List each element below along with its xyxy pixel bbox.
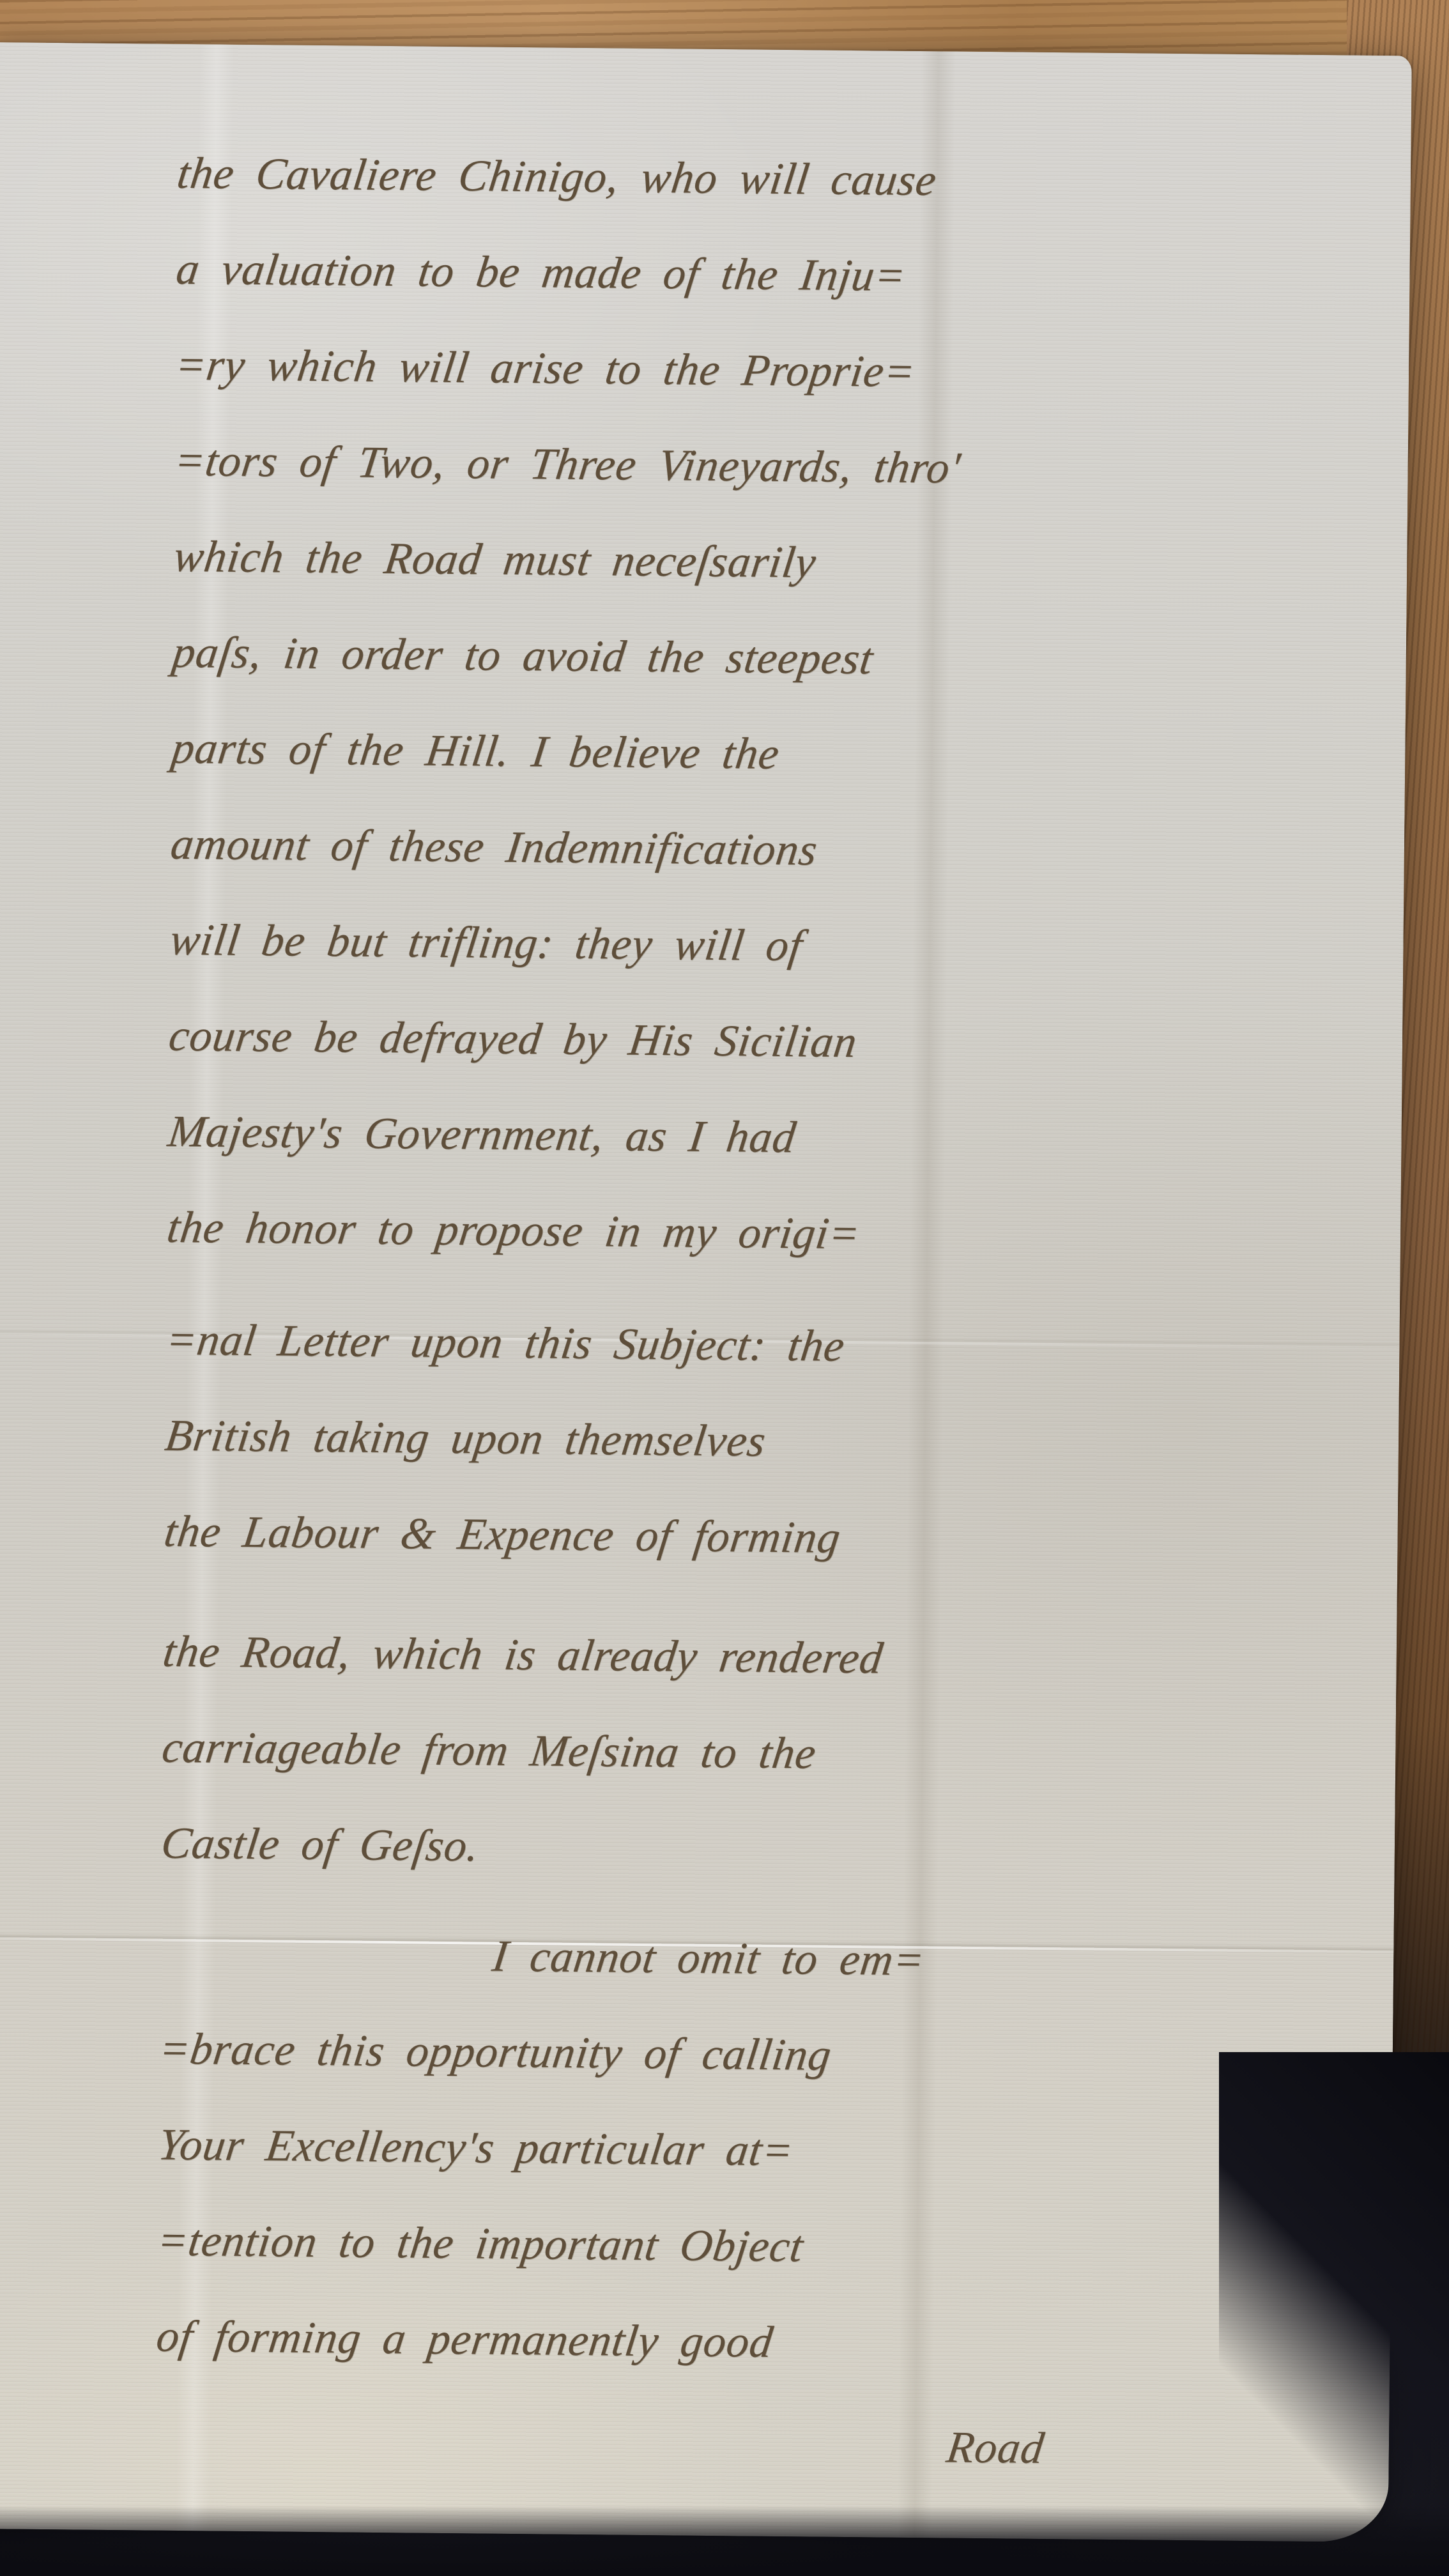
- manuscript-line: I cannot omit to em=: [154, 1906, 1189, 2011]
- catchword: Road: [149, 2393, 1184, 2498]
- manuscript-line: which the Road must neceſsarily: [167, 509, 1202, 615]
- manuscript-line: carriageable from Meſsina to the: [156, 1700, 1191, 1805]
- manuscript-line: a valuation to be made of the Inju=: [171, 222, 1206, 327]
- manuscript-line: paſs, in order to avoid the steepest: [167, 605, 1202, 710]
- manuscript-line: the Road, which is already rendered: [157, 1604, 1192, 1710]
- photo-of-manuscript: the Cavaliere Chinigo, who will causea v…: [0, 0, 1449, 2576]
- manuscript-line: course be defrayed by His Sicilian: [163, 988, 1198, 1094]
- manuscript-line: amount of these Indemnifications: [165, 797, 1200, 902]
- manuscript-line: the honor to propose in my origi=: [161, 1180, 1196, 1285]
- manuscript-line: the Labour & Expence of forming: [158, 1484, 1193, 1590]
- manuscript-line: =tention to the important Object: [151, 2193, 1186, 2299]
- manuscript-line: Your Excellency's particular at=: [152, 2097, 1187, 2203]
- manuscript-line: of forming a permanently good: [151, 2289, 1186, 2395]
- manuscript-line: Majesty's Government, as I had: [162, 1084, 1197, 1190]
- manuscript-line: =ry which will arise to the Proprie=: [169, 318, 1204, 423]
- manuscript-line: =tors of Two, or Three Vineyards, thro': [169, 413, 1204, 519]
- manuscript-text-block: the Cavaliere Chinigo, who will causea v…: [155, 126, 1200, 2498]
- paper-sheet: the Cavaliere Chinigo, who will causea v…: [0, 42, 1412, 2542]
- manuscript-line: Castle of Geſso.: [155, 1796, 1190, 1901]
- manuscript-line: will be but trifling: they will of: [164, 893, 1199, 998]
- manuscript-line: British taking upon themselves: [159, 1388, 1194, 1494]
- manuscript-line: =nal Letter upon this Subject: the: [160, 1292, 1195, 1398]
- manuscript-line: =brace this opportunity of calling: [153, 2002, 1188, 2107]
- manuscript-line: parts of the Hill. I believe the: [165, 701, 1200, 806]
- manuscript-line: the Cavaliere Chinigo, who will cause: [171, 126, 1206, 231]
